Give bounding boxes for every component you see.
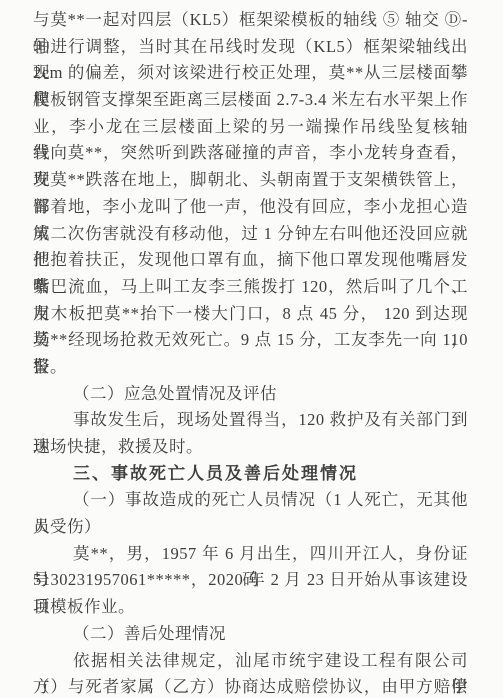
sub-heading-line: （一）事故造成的死亡人员情况（1 人死亡，无其他人 xyxy=(33,487,468,514)
text-line: 部着地，李小龙叫了他一声，他没有回应，李小龙担心造成 xyxy=(33,194,468,221)
sub-heading-line: 员受伤） xyxy=(33,514,468,541)
text-line: 业，李小龙在三层楼面上梁的另一端操作吊线坠复核轴线， xyxy=(33,114,468,141)
text-line: 现莫**跌落在地上，脚朝北、头朝南置于支架横铁管上，臀 xyxy=(33,167,468,194)
text-line: 他抱着扶正，发现他口罩有血，摘下他口罩发现他嘴唇发紫、 xyxy=(33,247,468,274)
text-line: 第二次伤害就没有移动他，过 1 分钟左右叫他还没回应就把 xyxy=(33,221,468,248)
document-page: 与莫**一起对四层（KL5）框架梁模板的轴线 ⑤ 轴交 Ⓓ-Ⓔ轴进行调整，当时其… xyxy=(0,0,503,698)
text-line: 事故发生后，现场处置得当，120 救护及有关部门到达 xyxy=(33,407,468,434)
text-line: 2cm 的偏差，须对该梁进行校正处理，莫**从三层楼面攀爬 xyxy=(33,60,468,87)
text-line: 背向莫**，突然听到跌落碰撞的声音，李小龙转身查看，发 xyxy=(33,140,468,167)
text-line: 莫**经现场抢救无效死亡。9 点 15 分，工友李先一向 110 报 xyxy=(33,327,468,354)
text-line: 目模板作业。 xyxy=(33,594,468,621)
text-line: 模板钢管支撑架至距离三层楼面 2.7-3.4 米左右水平架上作 xyxy=(33,87,468,114)
text-line: 现场快捷，救援及时。 xyxy=(33,434,468,461)
text-line: 轴进行调整，当时其在吊线时发现（KL5）框架梁轴线出现 xyxy=(33,34,468,61)
text-line: 嘴巴流血，马上叫工友李三熊拨打 120，然后叫了几个工友 xyxy=(33,274,468,301)
text-line: 用木板把莫**抬下一楼大门口，8 点 45 分， 120 到达现场， xyxy=(33,301,468,328)
text-line: 方）与死者家属（乙方）协商达成赔偿协议，由甲方赔偿乙 xyxy=(33,674,468,698)
text-line: 依据相关法律规定，汕尾市统宇建设工程有限公司（甲 xyxy=(33,648,468,675)
sub-heading-line: （二）善后处理情况 xyxy=(33,621,468,648)
text-line: 与莫**一起对四层（KL5）框架梁模板的轴线 ⑤ 轴交 Ⓓ-Ⓔ xyxy=(33,7,468,34)
sub-heading-line: （二）应急处置情况及评估 xyxy=(33,381,468,408)
section-heading-line: 三、事故死亡人员及善后处理情况 xyxy=(33,461,468,488)
text-line: 5130231957061*****，2020 年 2 月 23 日开始从事该建… xyxy=(33,567,468,594)
text-line: 莫**，男，1957 年 6 月出生，四川开江人，身份证号码： xyxy=(33,541,468,568)
text-line: 警。 xyxy=(33,354,468,381)
